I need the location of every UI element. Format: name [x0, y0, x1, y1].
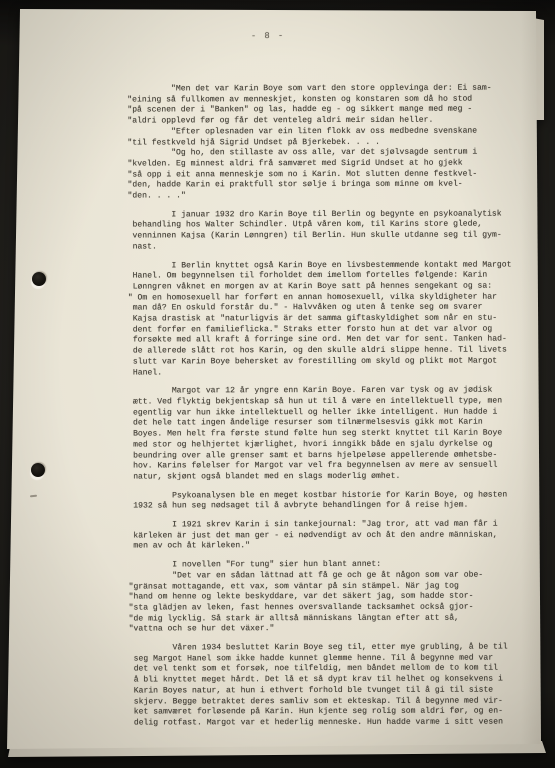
text-line: delig rotfast. Margot var et hederlig me… [134, 717, 526, 729]
text-line: kärleken är just det man ger - ei nødven… [133, 530, 525, 542]
paragraph: I januar 1932 dro Karin Boye til Berlin … [132, 209, 524, 253]
text-line: "den. . . ." [128, 191, 525, 203]
text-line: med stor og helhjertet kjærlighet, hvori… [133, 439, 525, 451]
text-line: Kajsa drastisk at "naturligvis är det sa… [133, 314, 525, 326]
text-line: Boyes. Men helt fra første stund følte h… [133, 429, 525, 441]
text-line: Lønngren våknet en morgen av at Karin Bo… [133, 281, 525, 293]
text-line: Våren 1934 besluttet Karin Boye seg til,… [134, 643, 526, 655]
text-line: slutt var Karin Boye behersket av forest… [133, 356, 525, 368]
text-line: "Men det var Karin Boye som vart den sto… [132, 83, 524, 95]
paragraph: I novellen "For tung" sier hun blant ann… [133, 560, 525, 636]
text-line: "vattna och se hur det växer." [129, 624, 526, 636]
text-line: natur, skjønt også blandet med en slags … [133, 471, 525, 483]
paragraph: Psykoanalysen ble en meget kostbar histo… [133, 490, 525, 512]
text-line: "så opp i eit anna menneskje som no i Ka… [127, 169, 524, 181]
paragraph: "Men det var Karin Boye som vart den sto… [132, 83, 524, 202]
text-line: I 1921 skrev Karin i sin tankejournal: "… [133, 520, 525, 532]
text-line: "sta glädjen av leken, fast hennes overs… [129, 602, 526, 614]
paragraph: Margot var 12 år yngre enn Karin Boye. F… [133, 386, 525, 483]
text-line: Hanel. [133, 367, 525, 379]
paragraph: Våren 1934 besluttet Karin Boye seg til,… [134, 643, 526, 730]
typewritten-text-block: "Men det var Karin Boye som vart den sto… [132, 83, 526, 729]
paragraph: I Berlin knyttet også Karin Boye en livs… [133, 260, 525, 379]
text-line: ætt. Ved flyktig bekjentskap så hun ut t… [133, 396, 525, 408]
text-line: "Og ho, den stillaste av oss alle, var d… [132, 148, 524, 160]
text-line: å bli knyttet meget hårdt. Det lå et så … [134, 675, 526, 687]
text-line: men av och åt kärleken." [133, 541, 525, 553]
text-line: venninnen Kajsa (Karin Lønngren) til Ber… [133, 231, 525, 243]
text-line: 1932 så hun seg nødsaget til å avbryte b… [133, 501, 525, 513]
text-line: hov. Karins følelser for Margot var vel … [133, 461, 525, 473]
punch-hole-top [32, 272, 46, 286]
text-line: "Efter oplesnaden var ein liten flokk av… [132, 126, 524, 138]
punch-hole-bottom [31, 463, 45, 477]
page-number: - 8 - [251, 31, 285, 41]
text-line: nast. [133, 241, 525, 253]
text-line: Karin Boyes natur, at hun i ethvert forh… [134, 685, 526, 697]
text-line: "Det var en sådan lättnad att få ge och … [133, 570, 525, 582]
paragraph: I 1921 skrev Karin i sin tankejournal: "… [133, 520, 525, 553]
text-line: "på scenen der i "Banken" og las, hadde … [127, 105, 524, 117]
